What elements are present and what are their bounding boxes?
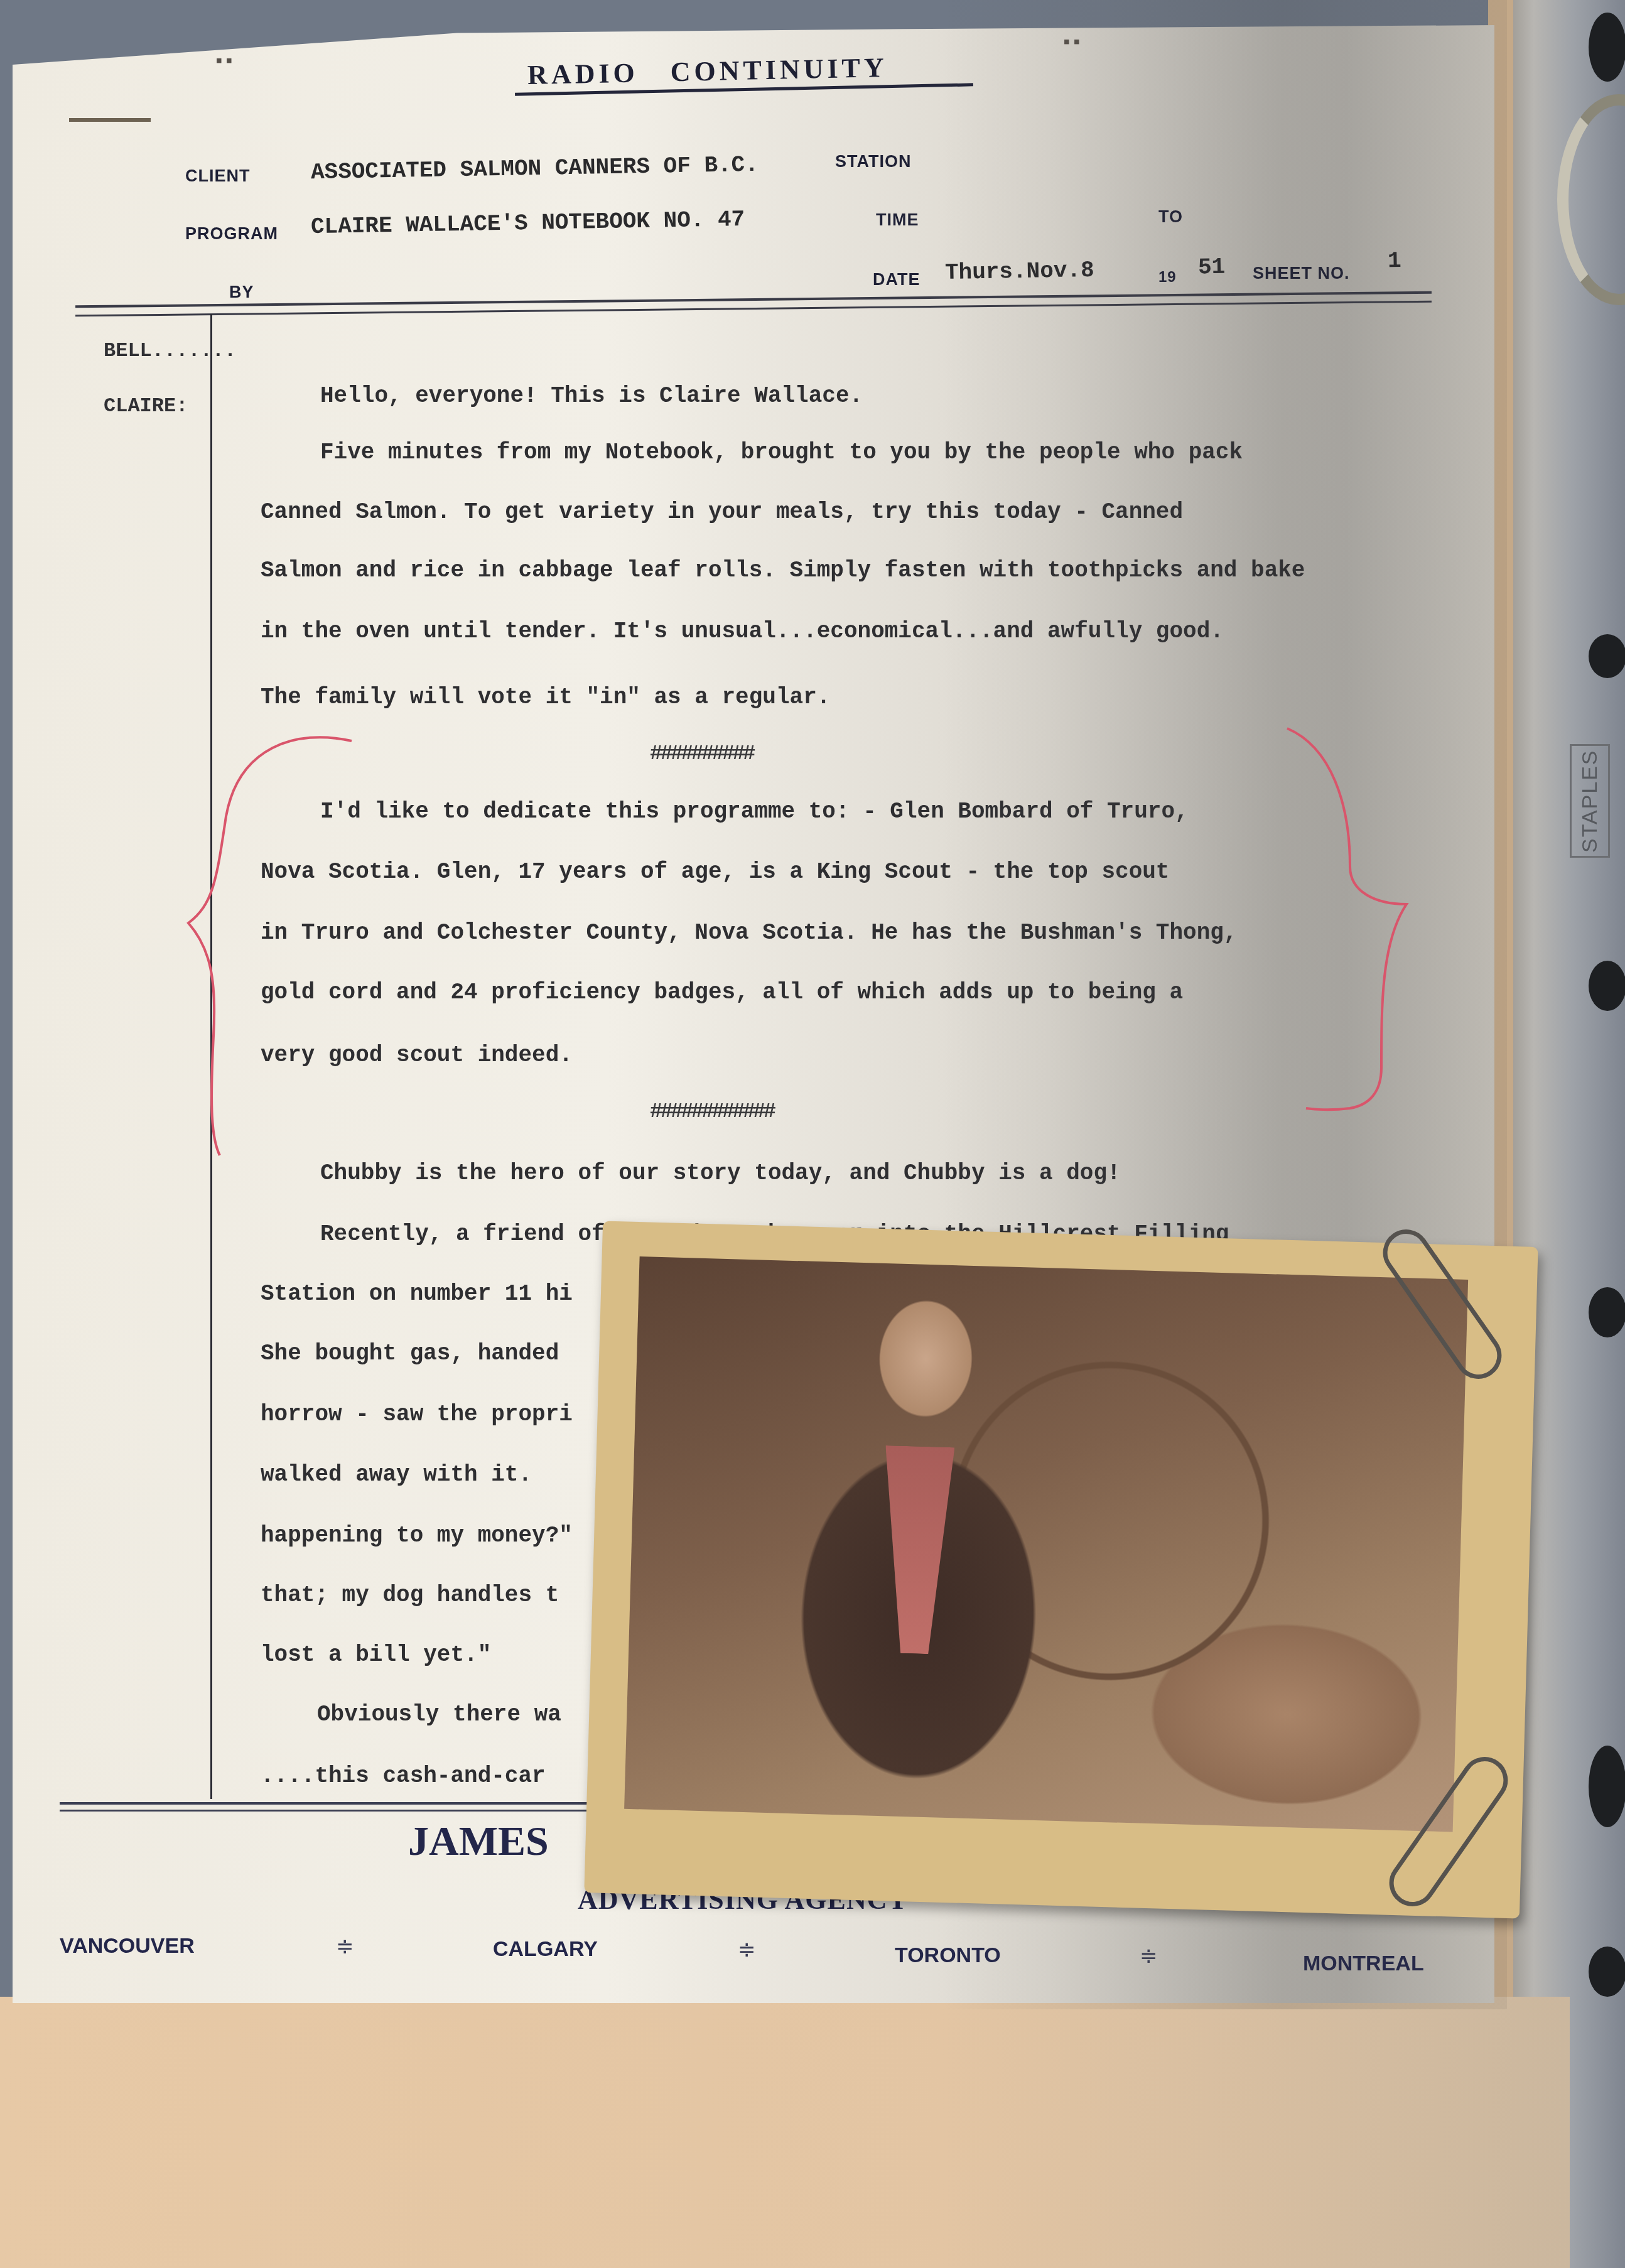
city-montreal: MONTREAL (1303, 1952, 1424, 1976)
script-line: Station on number 11 hi (261, 1281, 573, 1307)
script-line: lost a bill yet." (261, 1642, 491, 1668)
binder-sleeve (1494, 0, 1625, 2268)
script-line: Nova Scotia. Glen, 17 years of age, is a… (261, 859, 1169, 885)
script-line: walked away with it. (261, 1462, 532, 1488)
script-line: The family will vote it "in" as a regula… (261, 684, 830, 710)
city-separator: ≑ (738, 1937, 756, 1962)
year-prefix: 19 (1158, 269, 1177, 286)
year-value: 51 (1198, 254, 1226, 281)
separator: ########## (650, 742, 753, 766)
script-line: Hello, everyone! This is Claire Wallace. (320, 383, 863, 409)
pin-mark (69, 118, 151, 122)
agency-name: JAMES (408, 1818, 549, 1866)
script-line: very good scout indeed. (261, 1042, 573, 1068)
script-line: that; my dog handles t (261, 1582, 559, 1608)
separator: ############ (650, 1100, 774, 1124)
punch-hole (1589, 1947, 1625, 1997)
cue-bell: BELL....... (104, 339, 236, 362)
manila-folder (0, 1997, 1570, 2268)
cue-claire: CLAIRE: (104, 394, 188, 418)
script-line: Chubby is the hero of our story today, a… (320, 1160, 1121, 1186)
sheet-value: 1 (1388, 248, 1401, 274)
by-label: BY (229, 283, 254, 302)
script-line: ....this cash-and-car (261, 1763, 546, 1789)
photo-image (624, 1256, 1468, 1832)
station-label: STATION (835, 152, 912, 171)
punch-hole (1589, 1746, 1625, 1827)
script-line: happening to my money?" (261, 1523, 573, 1548)
punch-hole (1589, 634, 1625, 678)
script-line: She bought gas, handed (261, 1341, 559, 1366)
date-label: DATE (873, 270, 920, 289)
margin-line (210, 314, 212, 1799)
staple-mark: ▪▪ (1061, 33, 1081, 54)
client-label: CLIENT (185, 166, 251, 186)
script-line: Obviously there wa (317, 1702, 561, 1727)
punch-hole (1589, 13, 1625, 82)
city-separator: ≑ (1140, 1943, 1158, 1968)
city-calgary: CALGARY (493, 1937, 598, 1962)
to-label: TO (1158, 207, 1183, 227)
scout-neckerchief (880, 1445, 954, 1655)
city-vancouver: VANCOUVER (60, 1934, 195, 1958)
script-line: Salmon and rice in cabbage leaf rolls. S… (261, 558, 1305, 583)
script-line: in Truro and Colchester County, Nova Sco… (261, 920, 1237, 946)
script-line: I'd like to dedicate this programme to: … (320, 799, 1189, 824)
scout-photograph (584, 1221, 1538, 1918)
city-toronto: TORONTO (895, 1943, 1001, 1968)
script-line: Canned Salmon. To get variety in your me… (261, 499, 1183, 525)
script-line: gold cord and 24 proficiency badges, all… (261, 980, 1183, 1005)
date-value: Thurs.Nov.8 (945, 257, 1094, 286)
script-line: in the oven until tender. It's unusual..… (261, 618, 1224, 644)
staple-mark: ▪▪ (213, 51, 234, 73)
script-line: Five minutes from my Notebook, brought t… (320, 440, 1243, 465)
time-label: TIME (876, 210, 919, 230)
script-line: horrow - saw the propri (261, 1401, 573, 1427)
punch-hole (1589, 1287, 1625, 1337)
sheet-label: SHEET NO. (1253, 264, 1350, 283)
city-separator: ≑ (336, 1934, 354, 1959)
program-label: PROGRAM (185, 224, 278, 244)
staples-sticker: STAPLES (1570, 744, 1610, 858)
punch-hole (1589, 961, 1625, 1011)
